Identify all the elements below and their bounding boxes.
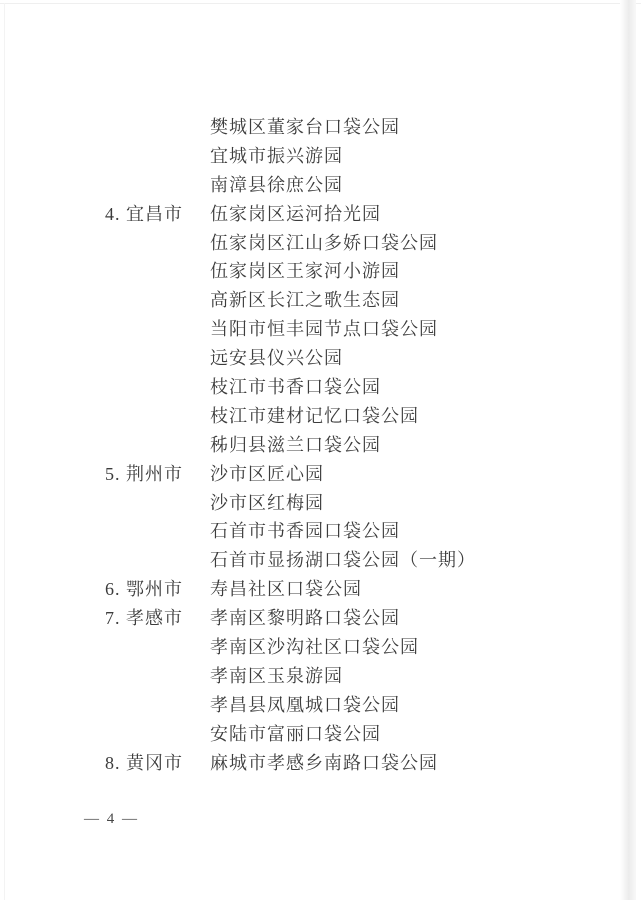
park-list: 樊城区董家台口袋公园 宜城市振兴游园 南漳县徐庶公园 4. 宜昌市 伍家岗区运河…	[0, 113, 641, 777]
park-name: 高新区长江之歌生态园	[210, 286, 400, 315]
park-name: 伍家岗区运河拾光园	[210, 200, 381, 229]
park-name: 孝昌县凤凰城口袋公园	[210, 691, 400, 720]
park-name: 宜城市振兴游园	[210, 142, 343, 171]
list-row: 宜城市振兴游园	[0, 142, 641, 171]
park-name: 枝江市建材记忆口袋公园	[210, 402, 419, 431]
park-name: 寿昌社区口袋公园	[210, 575, 362, 604]
list-row: 孝南区沙沟社区口袋公园	[0, 633, 641, 662]
city-label: 7. 孝感市	[105, 604, 183, 633]
list-row: 沙市区红梅园	[0, 489, 641, 518]
list-row: 5. 荆州市 沙市区匠心园	[0, 460, 641, 489]
list-row: 孝昌县凤凰城口袋公园	[0, 691, 641, 720]
park-name: 枝江市书香口袋公园	[210, 373, 381, 402]
park-name: 樊城区董家台口袋公园	[210, 113, 400, 142]
list-row: 伍家岗区王家河小游园	[0, 257, 641, 286]
page-top-edge	[0, 3, 641, 4]
list-row: 枝江市书香口袋公园	[0, 373, 641, 402]
list-row: 孝南区玉泉游园	[0, 662, 641, 691]
list-row: 当阳市恒丰园节点口袋公园	[0, 315, 641, 344]
park-name: 孝南区黎明路口袋公园	[210, 604, 400, 633]
city-label: 6. 鄂州市	[105, 575, 183, 604]
park-name: 麻城市孝感乡南路口袋公园	[210, 749, 438, 778]
park-name: 秭归县滋兰口袋公园	[210, 431, 381, 460]
park-name: 石首市书香园口袋公园	[210, 517, 400, 546]
park-name: 当阳市恒丰园节点口袋公园	[210, 315, 438, 344]
list-row: 4. 宜昌市 伍家岗区运河拾光园	[0, 200, 641, 229]
park-name: 石首市显扬湖口袋公园（一期）	[210, 546, 476, 575]
park-name: 伍家岗区王家河小游园	[210, 257, 400, 286]
list-row: 南漳县徐庶公园	[0, 171, 641, 200]
list-row: 8. 黄冈市 麻城市孝感乡南路口袋公园	[0, 749, 641, 778]
list-row: 樊城区董家台口袋公园	[0, 113, 641, 142]
park-name: 孝南区沙沟社区口袋公园	[210, 633, 419, 662]
list-row: 高新区长江之歌生态园	[0, 286, 641, 315]
park-name: 沙市区红梅园	[210, 489, 324, 518]
list-row: 6. 鄂州市 寿昌社区口袋公园	[0, 575, 641, 604]
list-row: 远安县仪兴公园	[0, 344, 641, 373]
list-row: 石首市书香园口袋公园	[0, 517, 641, 546]
city-label: 8. 黄冈市	[105, 749, 183, 778]
list-row: 枝江市建材记忆口袋公园	[0, 402, 641, 431]
list-row: 秭归县滋兰口袋公园	[0, 431, 641, 460]
list-row: 安陆市富丽口袋公园	[0, 720, 641, 749]
list-row: 石首市显扬湖口袋公园（一期）	[0, 546, 641, 575]
park-name: 伍家岗区江山多娇口袋公园	[210, 229, 438, 258]
city-label: 4. 宜昌市	[105, 200, 183, 229]
page-number: — 4 —	[84, 808, 139, 830]
park-name: 远安县仪兴公园	[210, 344, 343, 373]
city-label: 5. 荆州市	[105, 460, 183, 489]
park-name: 沙市区匠心园	[210, 460, 324, 489]
park-name: 南漳县徐庶公园	[210, 171, 343, 200]
document-page: 樊城区董家台口袋公园 宜城市振兴游园 南漳县徐庶公园 4. 宜昌市 伍家岗区运河…	[0, 0, 641, 900]
list-row: 7. 孝感市 孝南区黎明路口袋公园	[0, 604, 641, 633]
list-row: 伍家岗区江山多娇口袋公园	[0, 229, 641, 258]
park-name: 安陆市富丽口袋公园	[210, 720, 381, 749]
park-name: 孝南区玉泉游园	[210, 662, 343, 691]
